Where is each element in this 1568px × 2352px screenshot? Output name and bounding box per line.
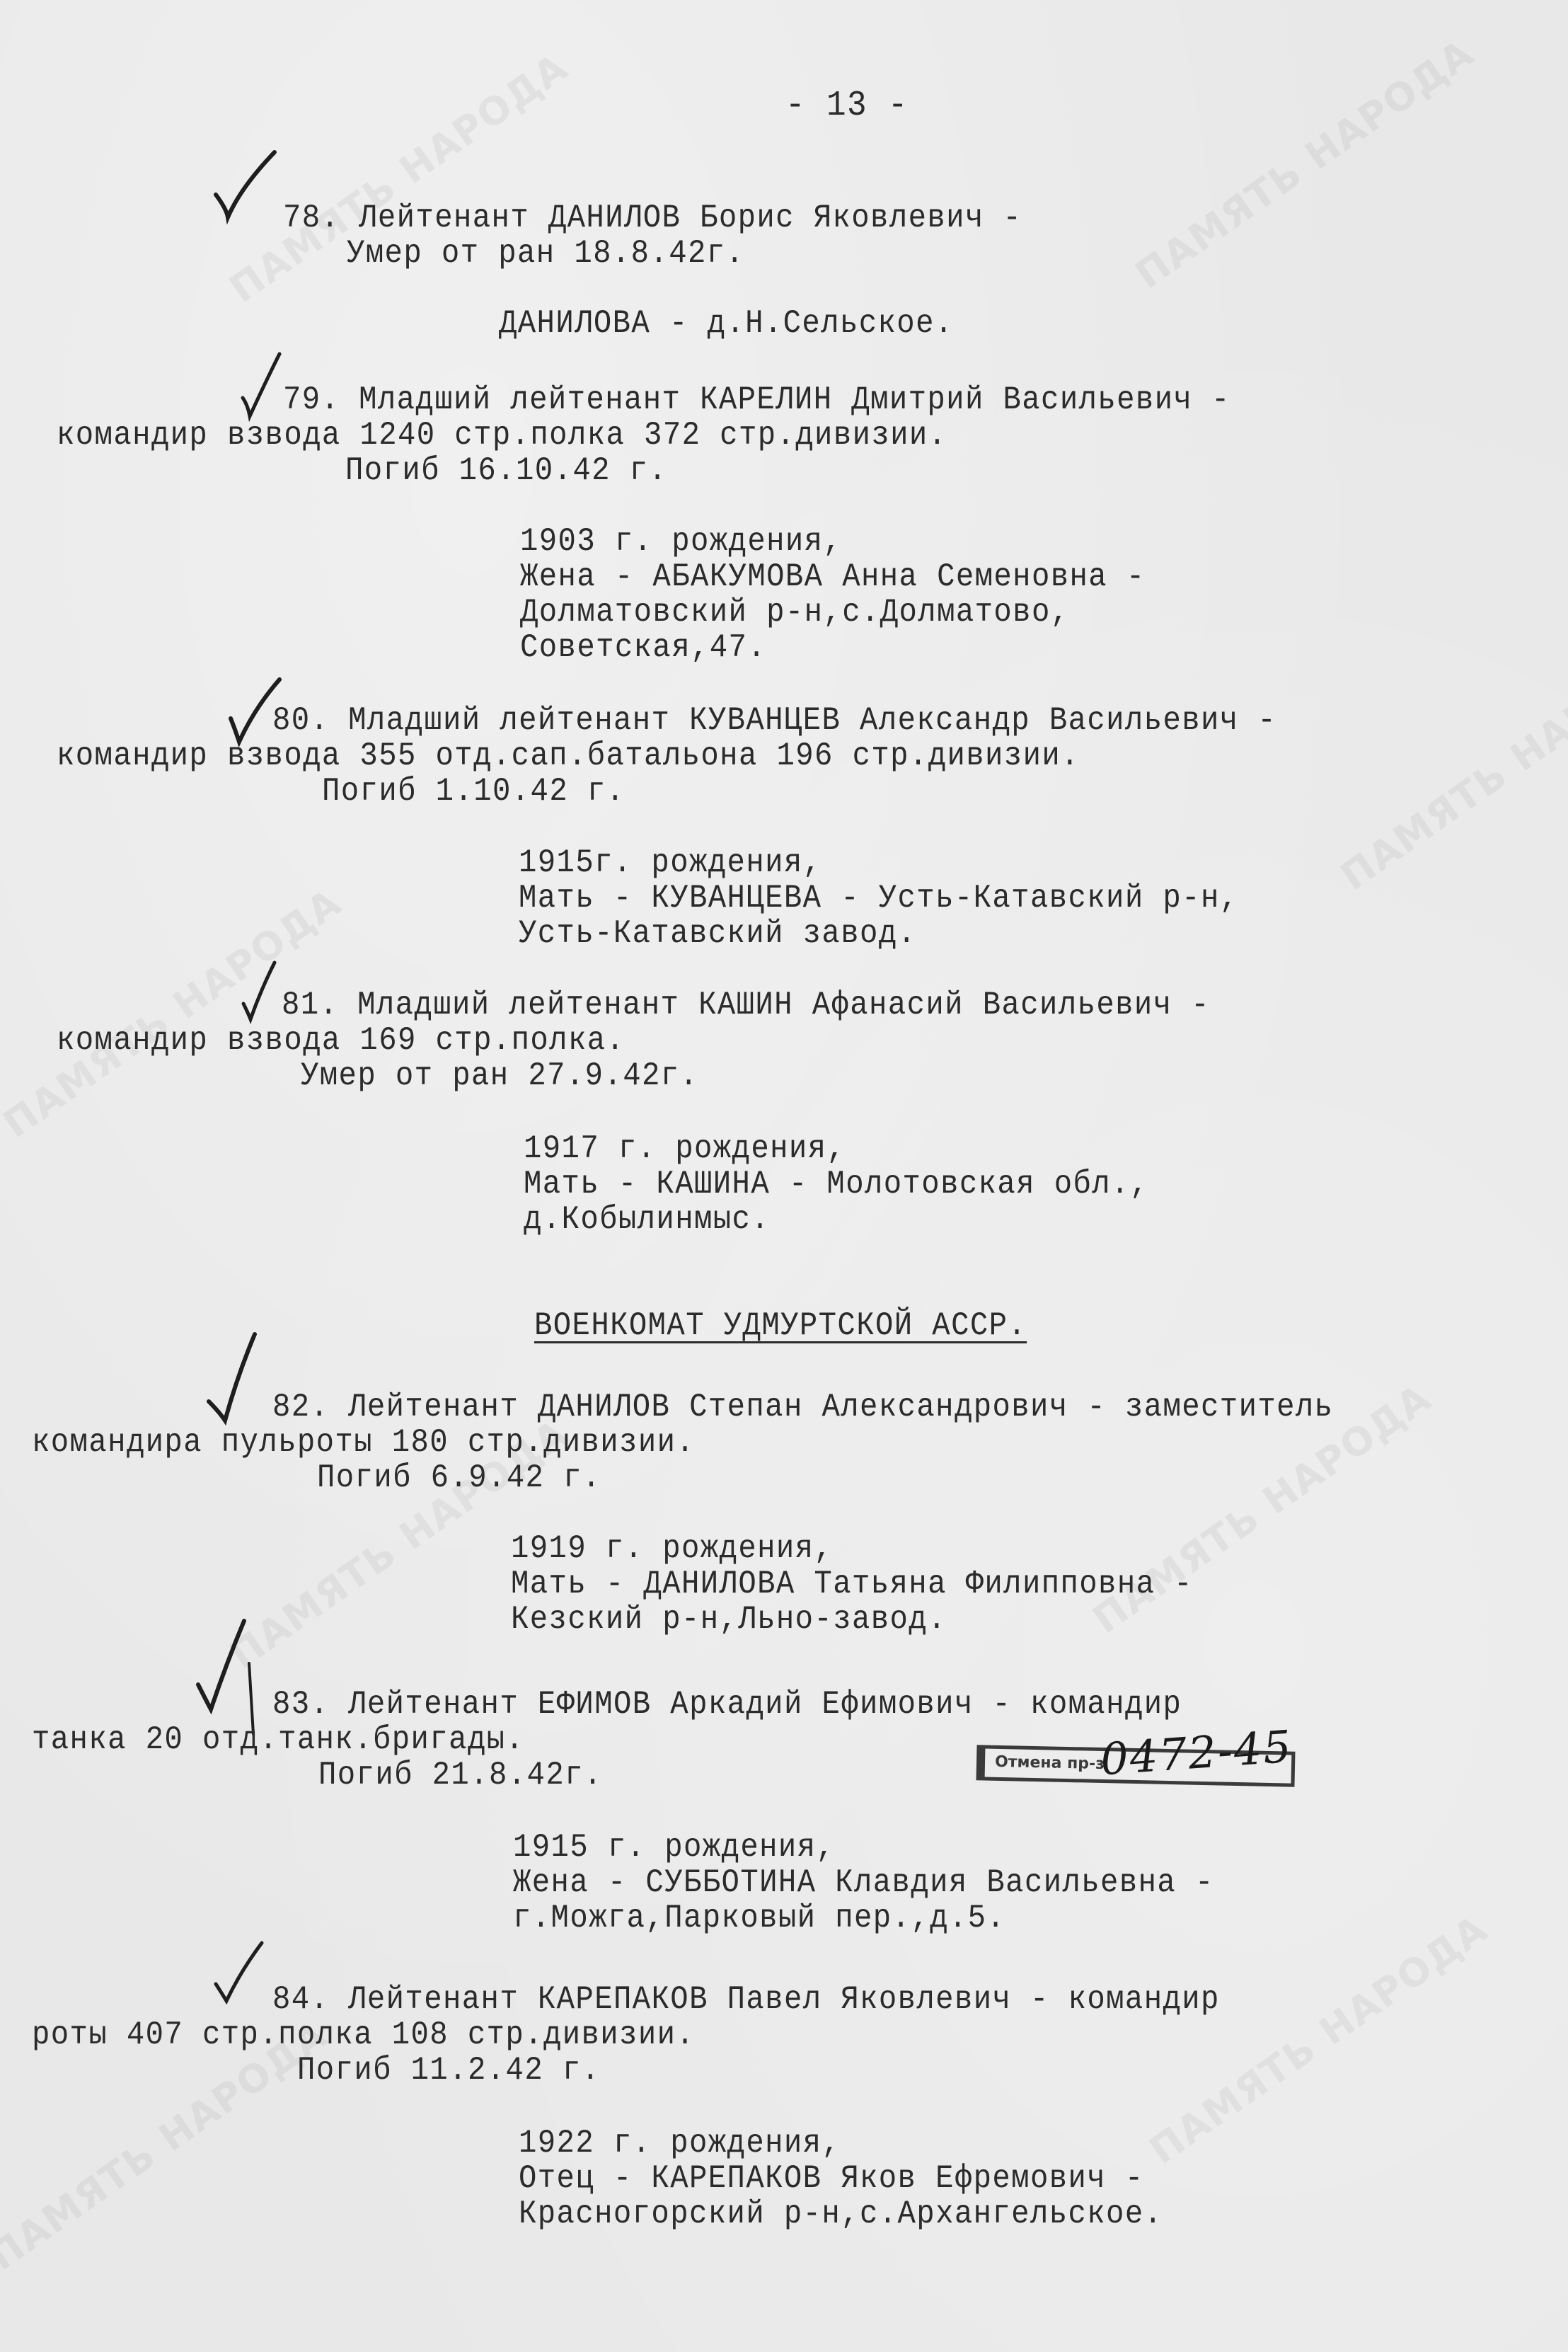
- checkmark-icon: [212, 152, 276, 223]
- entry-78-line-1: 78. Лейтенант ДАНИЛОВ Борис Яковлевич -: [283, 200, 1022, 236]
- entry-82-relative-3: Кезский р-н,Льно-завод.: [511, 1602, 947, 1637]
- entry-80-relative-2: Мать - КУВАНЦЕВА - Усть-Катавский р-н,: [519, 880, 1239, 916]
- entry-79-line-3: Погиб 16.10.42 г.: [345, 453, 667, 488]
- entry-82-line-3: Погиб 6.9.42 г.: [317, 1460, 601, 1496]
- watermark: ПАМЯТЬ НАРОДА: [1332, 632, 1568, 899]
- checkmark-icon: [205, 1334, 269, 1405]
- entry-80-line-1: 80. Младший лейтенант КУВАНЦЕВ Александр…: [272, 703, 1276, 738]
- entry-81-relative-2: Мать - КАШИНА - Молотовская обл.,: [524, 1166, 1149, 1202]
- watermark: ПАМЯТЬ НАРОДА: [1127, 30, 1482, 297]
- checkmark-icon: [212, 1943, 276, 2014]
- entry-81-relative-3: д.Кобылинмыс.: [524, 1202, 770, 1237]
- entry-84-line-3: Погиб 11.2.42 г.: [297, 2053, 600, 2088]
- entry-84-line-1: 84. Лейтенант КАРЕПАКОВ Павел Яковлевич …: [272, 1982, 1220, 2017]
- entry-82-line-2: командира пульроты 180 стр.дивизии.: [32, 1425, 695, 1460]
- entry-79-line-1: 79. Младший лейтенант КАРЕЛИН Дмитрий Ва…: [283, 382, 1230, 418]
- entry-79-line-2: командир взвода 1240 стр.полка 372 стр.д…: [57, 418, 947, 453]
- entry-84-relative-1: 1922 г. рождения,: [519, 2126, 841, 2161]
- entry-84-line-2: роты 407 стр.полка 108 стр.дивизии.: [32, 2017, 695, 2053]
- section-heading: ВОЕНКОМАТ УДМУРТСКОЙ АССР.: [534, 1308, 1027, 1343]
- entry-83-line-3: Погиб 21.8.42г.: [318, 1757, 603, 1793]
- entry-81-line-3: Умер от ран 27.9.42г.: [301, 1058, 698, 1094]
- entry-83-relative-1: 1915 г. рождения,: [513, 1830, 835, 1865]
- entry-83-relative-2: Жена - СУББОТИНА Клавдия Васильевна -: [513, 1865, 1214, 1900]
- entry-79-relative-3: Долматовский р-н,с.Долматово,: [520, 595, 1070, 630]
- entry-78-relative-1: ДАНИЛОВА - д.Н.Сельское.: [499, 306, 954, 341]
- entry-84-relative-2: Отец - КАРЕПАКОВ Яков Ефремович -: [519, 2161, 1144, 2196]
- entry-80-line-2: командир взвода 355 отд.сап.батальона 19…: [57, 738, 1080, 774]
- entry-82-relative-2: Мать - ДАНИЛОВА Татьяна Филипповна -: [511, 1566, 1193, 1602]
- document-page: ПАМЯТЬ НАРОДА ПАМЯТЬ НАРОДА ПАМЯТЬ НАРОД…: [0, 0, 1568, 2352]
- entry-81-line-2: командир взвода 169 стр.полка.: [57, 1023, 625, 1058]
- entry-79-relative-1: 1903 г. рождения,: [520, 524, 842, 559]
- entry-81-relative-1: 1917 г. рождения,: [524, 1131, 846, 1166]
- entry-82-line-1: 82. Лейтенант ДАНИЛОВ Степан Александров…: [272, 1389, 1333, 1425]
- entry-84-relative-3: Красногорский р-н,с.Архангельское.: [519, 2196, 1163, 2232]
- entry-83-relative-3: г.Можга,Парковый пер.,д.5.: [513, 1900, 1005, 1936]
- entry-80-relative-3: Усть-Катавский завод.: [519, 916, 916, 951]
- entry-83-line-1: 83. Лейтенант ЕФИМОВ Аркадий Ефимович - …: [272, 1687, 1182, 1722]
- entry-79-relative-2: Жена - АБАКУМОВА Анна Семеновна -: [520, 559, 1146, 595]
- entry-80-relative-1: 1915г. рождения,: [519, 845, 822, 880]
- watermark: ПАМЯТЬ НАРОДА: [1141, 1906, 1496, 2173]
- entry-82-relative-1: 1919 г. рождения,: [511, 1531, 833, 1566]
- entry-78-line-2: Умер от ран 18.8.42г.: [347, 236, 744, 271]
- entry-83-line-2: танка 20 отд.танк.бригады.: [32, 1722, 524, 1757]
- stamp-label: Отмена пр-з: [995, 1753, 1105, 1773]
- entry-80-line-3: Погиб 1.10.42 г.: [322, 774, 625, 809]
- entry-81-line-1: 81. Младший лейтенант КАШИН Афанасий Вас…: [282, 987, 1210, 1023]
- page-number: - 13 -: [785, 88, 909, 124]
- entry-79-relative-4: Советская,47.: [520, 630, 766, 665]
